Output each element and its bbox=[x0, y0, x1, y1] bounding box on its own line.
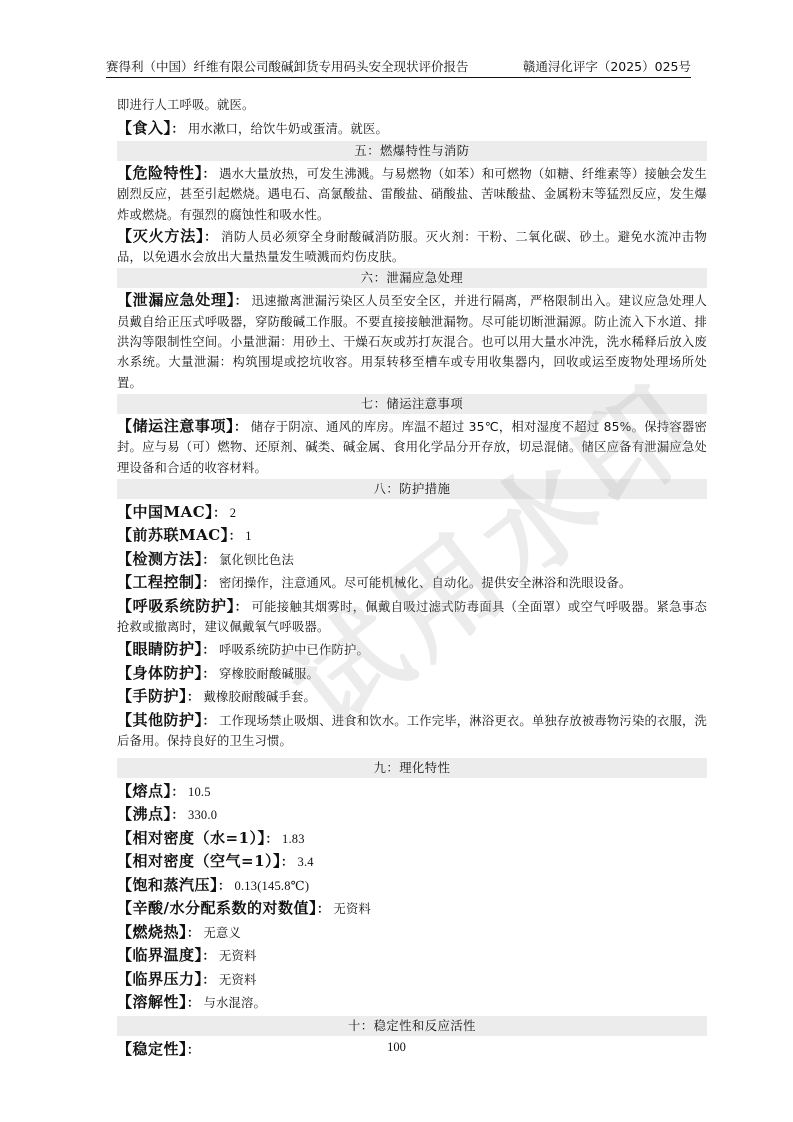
field-label: 【食入】 bbox=[117, 119, 172, 137]
continued-text: 即进行人工呼吸。就医。 bbox=[117, 94, 707, 117]
field-label: 【泄漏应急处理】 bbox=[117, 291, 235, 309]
field-partition-coefficient: 【辛酸/水分配系数的对数值】：无资料 bbox=[117, 897, 707, 921]
field-label: 【储运注意事项】 bbox=[117, 417, 234, 435]
field-value: 用水漱口，给饮牛奶或蛋清。就医。 bbox=[188, 122, 388, 136]
field-critical-pressure: 【临界压力】：无资料 bbox=[117, 968, 707, 992]
section-header-protection: 八：防护措施 bbox=[117, 479, 707, 499]
page-number: 100 bbox=[0, 1040, 793, 1055]
section-header-storage: 七：储运注意事项 bbox=[117, 394, 707, 414]
field-relative-density-water: 【相对密度（水=1）】：1.83 bbox=[117, 827, 707, 851]
field-label: 【危险特性】 bbox=[117, 164, 203, 182]
field-storage: 【储运注意事项】：储存于阴凉、通风的库房。库温不超过 35℃，相对湿度不超过 8… bbox=[117, 416, 707, 478]
section-header-stability: 十：稳定性和反应活性 bbox=[117, 1016, 707, 1036]
field-leak: 【泄漏应急处理】：迅速撤离泄漏污染区人员至安全区，并进行隔离，严格限制出入。建议… bbox=[117, 290, 707, 392]
field-boiling-point: 【沸点】：330.0 bbox=[117, 803, 707, 827]
field-ingestion: 【食入】：用水漱口，给饮牛奶或蛋清。就医。 bbox=[117, 117, 707, 141]
running-header: 赛得利（中国）纤维有限公司酸碱卸货专用码头安全现状评价报告 赣通浔化评字（202… bbox=[106, 57, 691, 78]
field-body-protection: 【身体防护】：穿橡胶耐酸碱服。 bbox=[117, 662, 707, 686]
field-ussr-mac: 【前苏联MAC】：1 bbox=[117, 524, 707, 548]
document-page: 赛得利（中国）纤维有限公司酸碱卸货专用码头安全现状评价报告 赣通浔化评字（202… bbox=[0, 0, 793, 1122]
field-hazard: 【危险特性】：遇水大量放热，可发生沸溅。与易燃物（如苯）和可燃物（如糖、纤维素等… bbox=[117, 163, 707, 225]
field-fire-fighting: 【灭火方法】：消防人员必须穿全身耐酸碱消防服。灭火剂：干粉、二氧化碳、砂土。避免… bbox=[117, 226, 707, 268]
field-engineering-control: 【工程控制】：密闭操作，注意通风。尽可能机械化、自动化。提供安全淋浴和洗眼设备。 bbox=[117, 571, 707, 595]
field-china-mac: 【中国MAC】：2 bbox=[117, 501, 707, 525]
field-label: 【灭火方法】 bbox=[117, 227, 204, 245]
properties-list: 【熔点】：10.5 【沸点】：330.0 【相对密度（水=1）】：1.83 【相… bbox=[117, 780, 707, 1015]
field-respiratory-protection: 【呼吸系统防护】：可能接触其烟雾时，佩戴自吸过滤式防毒面具（全面罩）或空气呼吸器… bbox=[117, 596, 707, 638]
section-header-leak: 六：泄漏应急处理 bbox=[117, 268, 707, 288]
field-melting-point: 【熔点】：10.5 bbox=[117, 780, 707, 804]
report-title: 赛得利（中国）纤维有限公司酸碱卸货专用码头安全现状评价报告 bbox=[106, 57, 469, 75]
field-other-protection: 【其他防护】：工作现场禁止吸烟、进食和饮水。工作完毕，淋浴更衣。单独存放被毒物污… bbox=[117, 710, 707, 752]
field-eye-protection: 【眼睛防护】：呼吸系统防护中已作防护。 bbox=[117, 638, 707, 662]
section-header-physical-properties: 九：理化特性 bbox=[117, 758, 707, 778]
section-header-fire: 五：燃爆特性与消防 bbox=[117, 141, 707, 161]
field-hand-protection: 【手防护】：戴橡胶耐酸碱手套。 bbox=[117, 685, 707, 709]
field-combustion-heat: 【燃烧热】：无意义 bbox=[117, 921, 707, 945]
field-vapor-pressure: 【饱和蒸汽压】：0.13(145.8℃) bbox=[117, 874, 707, 898]
field-critical-temperature: 【临界温度】：无资料 bbox=[117, 944, 707, 968]
field-relative-density-air: 【相对密度（空气=1）】：3.4 bbox=[117, 850, 707, 874]
document-body: 即进行人工呼吸。就医。 【食入】：用水漱口，给饮牛奶或蛋清。就医。 五：燃爆特性… bbox=[117, 94, 707, 1061]
field-solubility: 【溶解性】：与水混溶。 bbox=[117, 991, 707, 1015]
protection-list: 【中国MAC】：2 【前苏联MAC】：1 【检测方法】：氯化钡比色法 【工程控制… bbox=[117, 501, 707, 752]
field-detection-method: 【检测方法】：氯化钡比色法 bbox=[117, 548, 707, 572]
document-number: 赣通浔化评字（2025）025号 bbox=[523, 57, 691, 75]
